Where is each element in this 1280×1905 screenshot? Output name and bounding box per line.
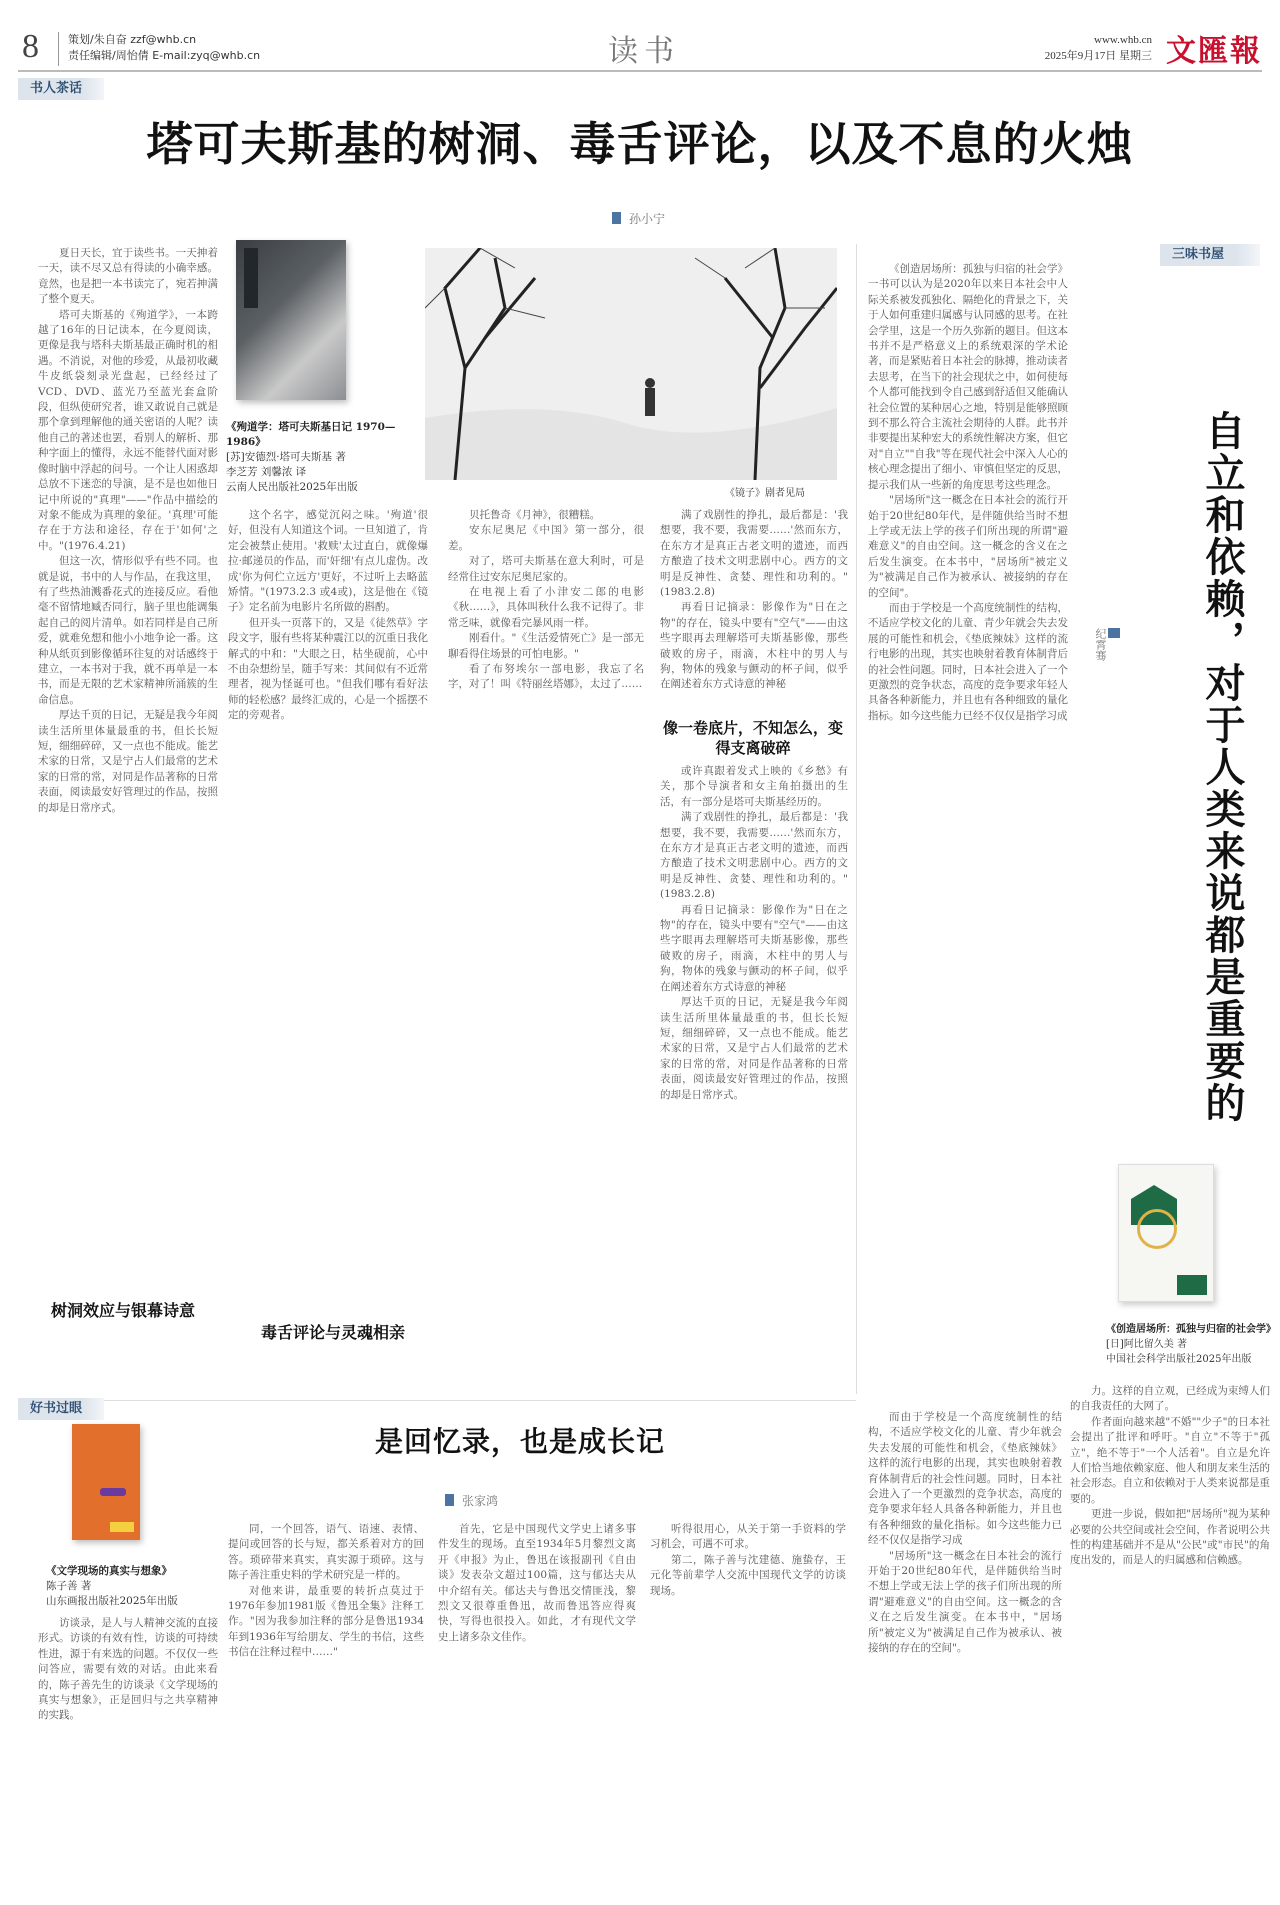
article1-column-3: 贝托鲁奇《月神》，很糟糕。 安东尼奥尼《中国》第一部分，很差。 对了，塔可夫斯基… xyxy=(448,508,644,1288)
byline-marker-icon xyxy=(1108,628,1120,638)
article3-column-3: 首先，它是中国现代文学史上诸多事件发生的现场。直至1934年5月黎烈文离开《申报… xyxy=(438,1522,636,1896)
editor-credits: 策划/朱自奋 zzf@whb.cn 责任编辑/周怡倩 E-mail:zyq@wh… xyxy=(68,32,260,64)
author-name: 纪霄骞 xyxy=(1094,628,1107,661)
article1-column-4b: 或许真跟着发式上映的《乡愁》有关，那个导演者和女主角拍摄出的生活，有一部分是塔可… xyxy=(660,764,848,1284)
newspaper-logo: 文匯報 xyxy=(1166,26,1262,70)
book-author: [日]阿比留久美 著 xyxy=(1106,1337,1278,1352)
green-block xyxy=(1177,1275,1207,1295)
book-caption-1: 《殉道学：塔可夫斯基日记 1970—1986》 [苏]安德烈·塔可夫斯基 著 李… xyxy=(226,420,416,495)
section-divider xyxy=(18,1400,856,1401)
book-title: 《文学现场的真实与想象》 xyxy=(46,1564,216,1579)
article1-column-1: 夏日天长，宜于读些书。一天抻着一天，读不尽又总有得读的小确幸感。竟然，也是把一本… xyxy=(38,246,218,1286)
issue-meta: www.whb.cn 2025年9月17日 星期三 xyxy=(1045,32,1152,64)
article1-column-4: 满了戏剧性的挣扎，最后都是：'我想要，我不要，我需要……'然而东方，在东方才是真… xyxy=(660,508,848,688)
article1-column-2: 这个名字，感觉沉闷之味。'殉道'很好，但没有人知道这个词。一旦知道了，肯定会被禁… xyxy=(228,508,428,1288)
article2-headline: 自立和依赖，对于人类来说都是重要的 xyxy=(1180,410,1244,1124)
article3-column-1: 访谈录，是人与人精神交流的直接形式。访谈的有效有性，访谈的可持续性进，源于有来选… xyxy=(38,1616,218,1896)
article2-column-2: 而由于学校是一个高度统制性的结构，不适应学校文化的儿童、青少年就会失去发展的可能… xyxy=(868,1410,1062,1894)
snowy-trees-image xyxy=(425,248,837,480)
photo-caption: 《镜子》剧者见局 xyxy=(725,484,805,499)
planner-credit: 策划/朱自奋 zzf@whb.cn xyxy=(68,32,260,48)
author-name: 孙小宁 xyxy=(629,212,665,226)
byline-marker-icon xyxy=(612,212,621,224)
book-cover-martyrology xyxy=(236,240,346,400)
article2-byline: 纪霄骞 xyxy=(1106,628,1120,661)
article3-column-4: 听得很用心，从关于第一手资料的学习机会，可遇不可求。 第二，陈子善与沈建德、施蛰… xyxy=(650,1522,846,1896)
website-link[interactable]: www.whb.cn xyxy=(1045,32,1152,48)
article2-column-1: 《创造居场所：孤独与归宿的社会学》一书可以认为是2020年以来日本社会中人际关系… xyxy=(868,262,1068,1402)
book-publisher: 中国社会科学出版社2025年出版 xyxy=(1106,1352,1278,1367)
article3-column-2: 同，一个回答，语气、语速、表情、提问或回答的长与短，都关系着对方的回答。琐碎带来… xyxy=(228,1522,424,1896)
subhead-film-negative: 像一卷底片，不知怎么，变得支离破碎 xyxy=(658,718,848,758)
spacer xyxy=(1080,262,1090,272)
book-caption-3: 《文学现场的真实与想象》 陈子善 著 山东画报出版社2025年出版 xyxy=(46,1564,216,1609)
label-badge xyxy=(110,1522,134,1532)
column-tag-haoshu: 好书过眼 xyxy=(18,1398,104,1420)
article1-headline: 塔可夫斯基的树洞、毒舌评论，以及不息的火烛 xyxy=(18,108,1262,174)
article2-column-3: 力。这样的自立观，已经成为束缚人们的自我责任的大网了。 作者面向越来越"不婚""… xyxy=(1070,1384,1270,1894)
article3-headline: 是回忆录，也是成长记 xyxy=(200,1420,840,1460)
circle-graphic xyxy=(1137,1209,1177,1249)
film-still-photo xyxy=(425,248,837,480)
byline-marker-icon xyxy=(445,1494,454,1506)
divider xyxy=(58,32,59,66)
article1-byline: 孙小宁 xyxy=(612,210,665,227)
book-cover-ibasho xyxy=(1118,1164,1214,1302)
book-author: 陈子善 著 xyxy=(46,1579,216,1594)
column-divider xyxy=(856,244,857,1394)
glasses-icon xyxy=(100,1488,126,1496)
book-publisher: 山东画报出版社2025年出版 xyxy=(46,1594,216,1609)
issue-date: 2025年9月17日 星期三 xyxy=(1045,48,1152,64)
book-caption-2: 《创造居场所：孤独与归宿的社会学》 [日]阿比留久美 著 中国社会科学出版社20… xyxy=(1106,1322,1278,1367)
book-translators: 李芝芳 刘馨浓 译 xyxy=(226,465,416,480)
page-number: 8 xyxy=(22,28,39,66)
book-spine xyxy=(244,248,258,308)
book-title: 《殉道学：塔可夫斯基日记 1970—1986》 xyxy=(226,420,416,450)
masthead: 8 策划/朱自奋 zzf@whb.cn 责任编辑/周怡倩 E-mail:zyq@… xyxy=(18,26,1262,72)
editor-credit: 责任编辑/周怡倩 E-mail:zyq@whb.cn xyxy=(68,48,260,64)
book-author: [苏]安德烈·塔可夫斯基 著 xyxy=(226,450,416,465)
article3-byline: 张家鸿 xyxy=(445,1492,498,1509)
column-tag-sanwei: 三味书屋 xyxy=(1160,244,1260,266)
subhead-tree-hole: 树洞效应与银幕诗意 xyxy=(28,1298,218,1321)
book-publisher: 云南人民出版社2025年出版 xyxy=(226,480,416,495)
section-title: 读书 xyxy=(608,26,680,70)
column-tag-shuren: 书人茶话 xyxy=(18,78,104,100)
subhead-sharp-review: 毒舌评论与灵魂相亲 xyxy=(238,1320,428,1343)
book-cover-literature-scene xyxy=(72,1424,140,1540)
book-title: 《创造居场所：孤独与归宿的社会学》 xyxy=(1106,1322,1278,1337)
author-name: 张家鸿 xyxy=(462,1494,498,1508)
